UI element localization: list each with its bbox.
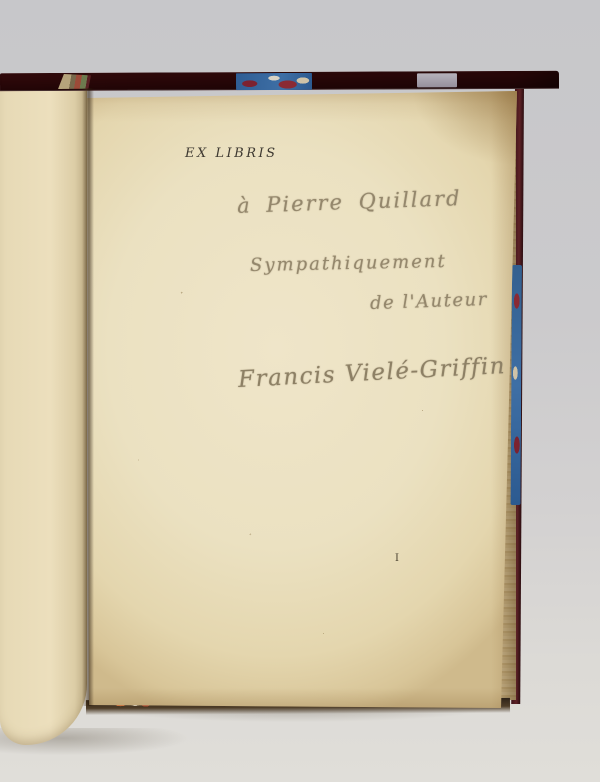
marbled-edge-right [511,265,522,505]
inscription-author-line: de l'Auteur [370,289,488,314]
photo-scene: EX LIBRIS à Pierre Quillard Sympathiquem… [0,0,600,782]
verso-page [0,90,87,745]
marbled-endpaper-patch [236,73,312,90]
author-signature: Francis Vielé-Griffin [238,353,507,393]
inscription-dedication-line: à Pierre Quillard [237,186,462,218]
recto-page: EX LIBRIS à Pierre Quillard Sympathiquem… [87,88,517,708]
ex-libris-heading: EX LIBRIS [185,146,278,162]
gutter-shadow [82,88,94,706]
page-number: I [395,554,399,564]
headband [58,74,91,89]
inscription-sentiment-line: Sympathiquement [250,251,447,276]
top-edge-label [417,73,457,87]
